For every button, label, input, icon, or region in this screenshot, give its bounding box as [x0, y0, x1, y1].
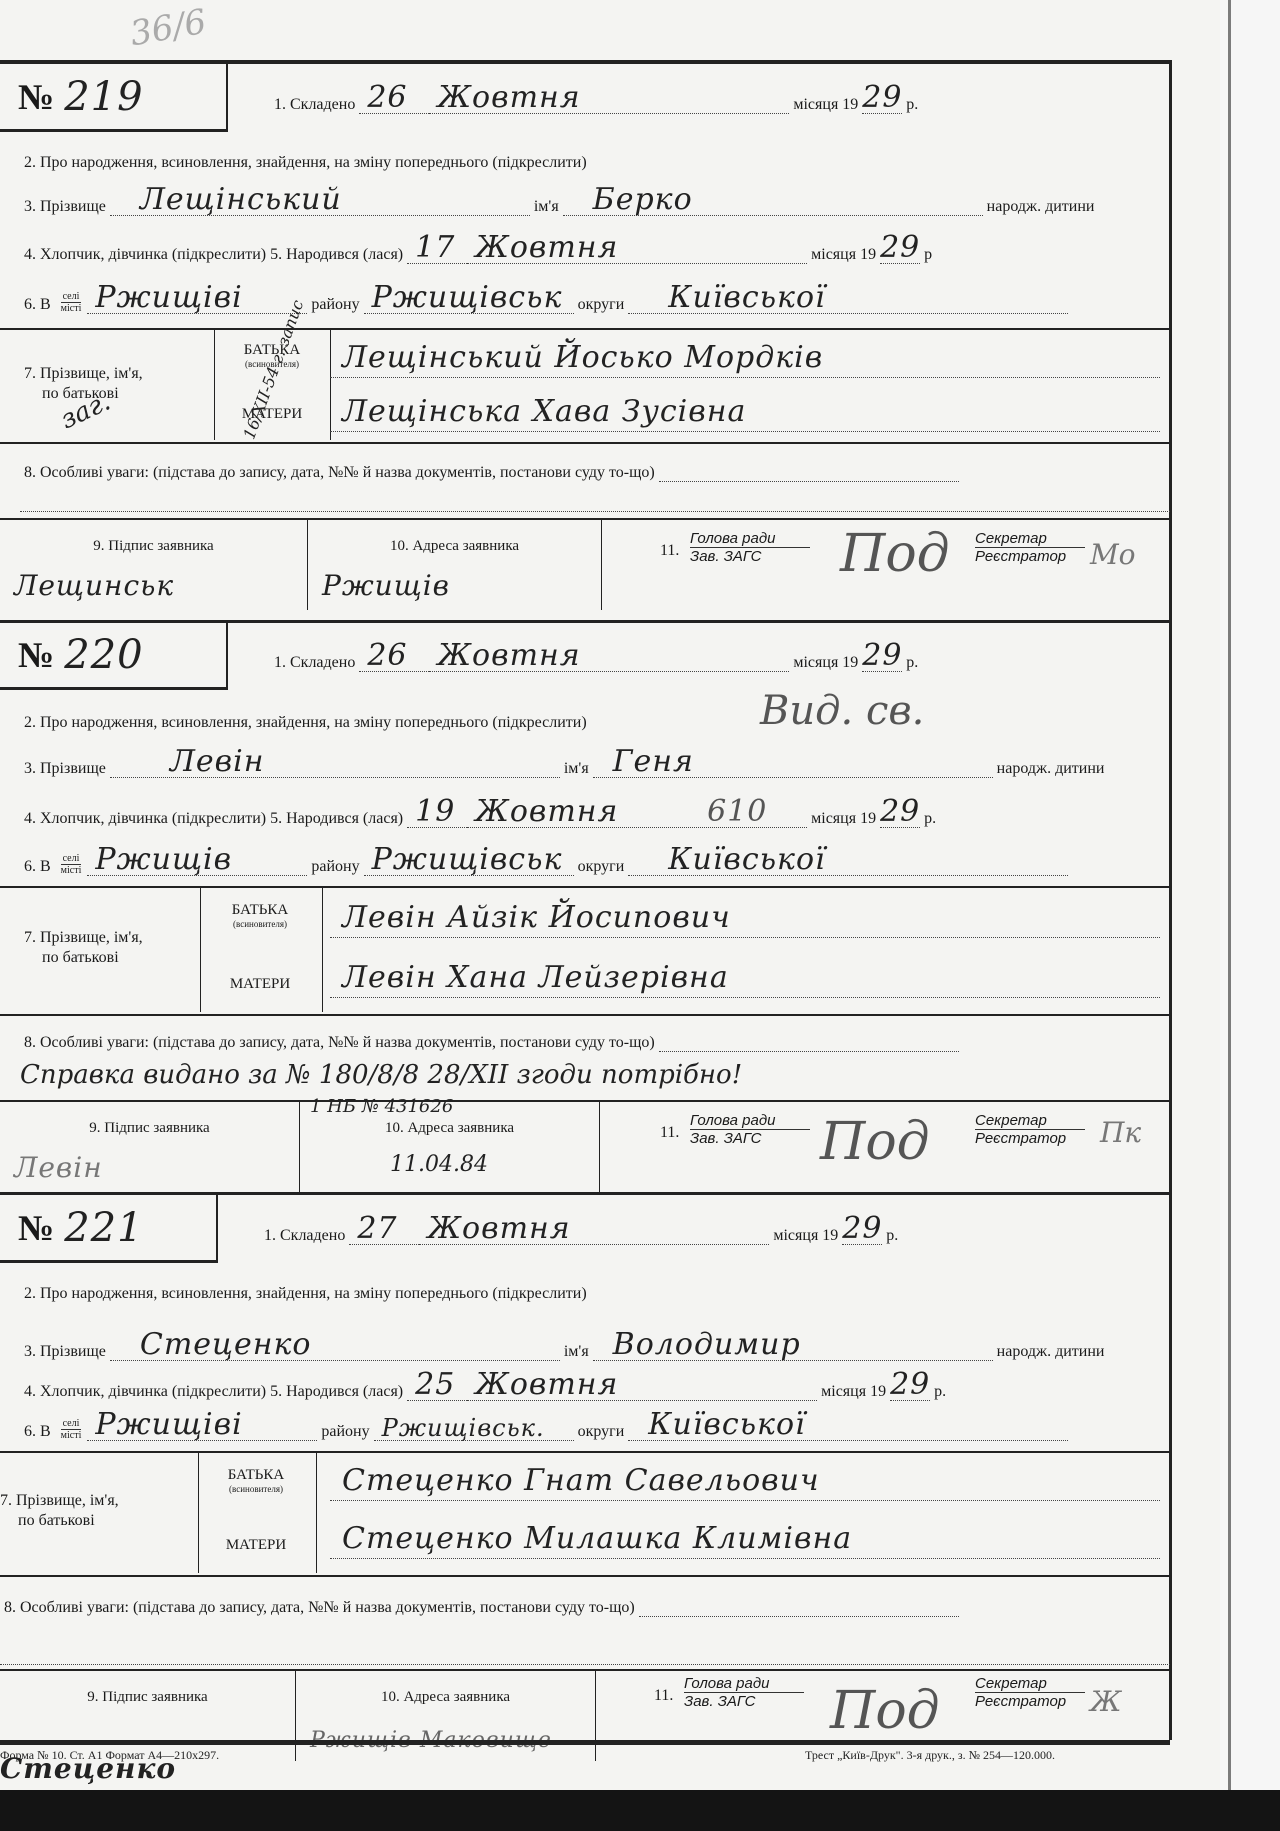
compiled-day: 26 [367, 83, 407, 113]
page-fold [1228, 0, 1231, 1790]
applicant-signature: Лещинськ [14, 569, 174, 602]
compiled-line: 1. Складено 27 Жовтня місяця 19 29 р. [260, 1217, 902, 1245]
form-footer-right: Трест „Київ-Друк". 3-я друк., з. № 254—1… [805, 1748, 1055, 1763]
father-name: Лещінський Йосько Мордків [330, 334, 1160, 378]
compiled-line: 1. Складено 26 Жовтня місяця 19 29 р. [270, 86, 922, 114]
remarks-value: Справка видано за № 180/8/8 28/XII згоди… [20, 1060, 742, 1090]
remarks-line: 8. Особливі уваги: (підстава до запису, … [0, 1599, 959, 1617]
sex-birth-line: 4. Хлопчик, дівчинка (підкреслити) 5. На… [20, 800, 940, 828]
signature-row: 9. Підпис заявникаЛевін 10. Адреса заявн… [0, 1102, 1170, 1192]
form-footer-left: Форма № 10. Ст. А1 Формат А4—210х297. [0, 1748, 219, 1763]
record-number-box: № 219 [0, 64, 228, 132]
place-line: 6. В селімісті Ржищів району Ржищівськ о… [20, 848, 1068, 876]
sex-birth-line: 4. Хлопчик, дівчинка (підкреслити) 5. На… [20, 236, 936, 264]
mother-name: Стеценко Милашка Климівна [330, 1515, 1160, 1559]
compiled-line: 1. Складено 26 Жовтня місяця 19 29 р. [270, 644, 922, 672]
applicant-address: Ржищів [322, 569, 450, 602]
scan-background [0, 1790, 1280, 1831]
archive-mark: 36/6 [127, 2, 209, 55]
remarks-line: 8. Особливі уваги: (підстава до запису, … [20, 1034, 959, 1052]
father-name: Стеценко Гнат Савельович [330, 1457, 1160, 1501]
record-number: 221 [64, 1205, 143, 1251]
birth-record: № 221 1. Складено 27 Жовтня місяця 19 29… [0, 1195, 1170, 1755]
place-line: 6. В селімісті Ржищіві району Ржищівськ … [20, 286, 1068, 314]
place-line: 6. В селімісті Ржищіві району Ржищівськ.… [20, 1413, 1068, 1441]
surname-line: 3. Прізвище Лещінський ім'я Берко народж… [20, 188, 1098, 216]
remarks-line: 8. Особливі уваги: (підстава до запису, … [20, 464, 959, 482]
given-name-value: Берко [593, 185, 693, 215]
record-number: 219 [64, 74, 143, 120]
purpose-line: 2. Про народження, всиновлення, знайденн… [20, 1285, 591, 1303]
purpose-line: 2. Про народження, всиновлення, знайденн… [20, 714, 591, 732]
parents-block: 7. Прізвище, ім'я,по батькові БАТЬКА(вси… [0, 888, 1170, 1012]
compiled-month: Жовтня [437, 83, 580, 113]
sex-birth-line: 4. Хлопчик, дівчинка (підкреслити) 5. На… [20, 1373, 950, 1401]
birth-record: № 220 1. Складено 26 Жовтня місяця 19 29… [0, 622, 1170, 1197]
surname-line: 3. Прізвище Стеценко ім'я Володимир наро… [20, 1333, 1108, 1361]
surname-line: 3. Прізвище Левін ім'я Геня народж. дити… [20, 750, 1108, 778]
compiled-year: 29 [862, 83, 902, 113]
register-page: 36/6 № 219 1. Складено 26 Жовтня місяця … [0, 0, 1220, 1790]
birth-record: № 219 1. Складено 26 Жовтня місяця 19 29… [0, 64, 1170, 624]
surname-value: Лещінський [140, 185, 342, 215]
parents-block: 7. Прізвище, ім'я,по батькові БАТЬКА(вси… [0, 1453, 1170, 1573]
record-number: 220 [64, 632, 143, 678]
record-number-box: № 221 [0, 1195, 218, 1263]
father-name: Левін Айзік Йосипович [330, 894, 1160, 938]
signature-row: 9. Підпис заявникаЛещинськ 10. Адреса за… [0, 520, 1170, 610]
record-number-box: № 220 [0, 622, 228, 690]
mother-name: Лещінська Хава Зусівна [330, 388, 1160, 432]
mother-name: Левін Хана Лейзерівна [330, 954, 1160, 998]
purpose-line: 2. Про народження, всиновлення, знайденн… [20, 154, 591, 172]
parents-block: 7. Прізвище, ім'я,по батькові БАТЬКА(вси… [0, 330, 1170, 440]
